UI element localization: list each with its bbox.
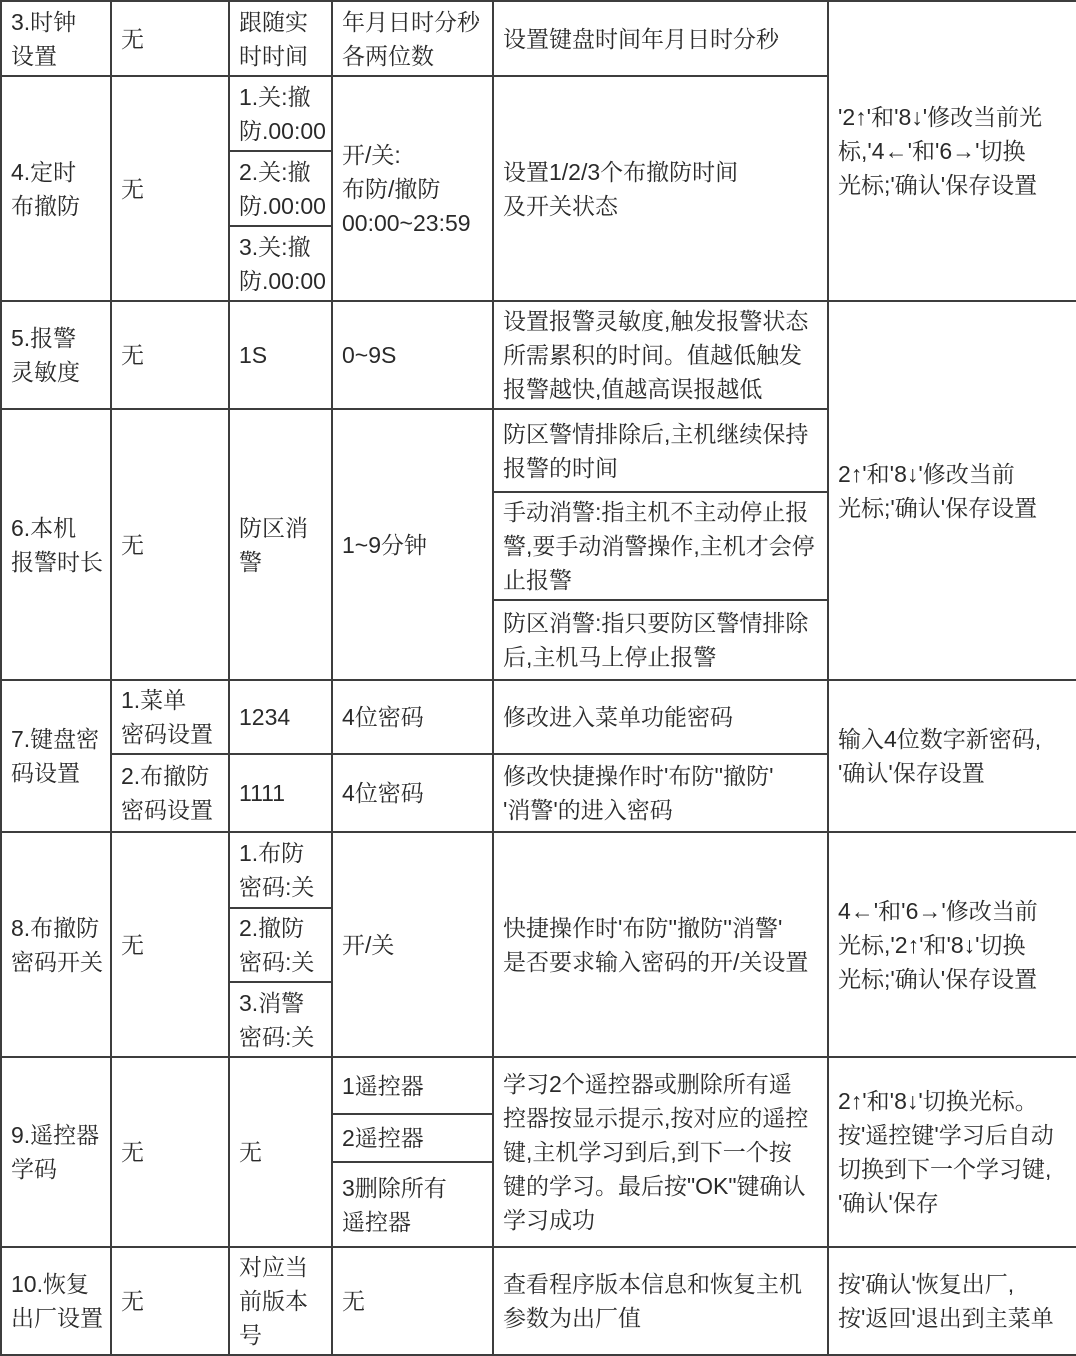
cell-pwd-switch-range: 开/关	[332, 832, 493, 1057]
cell-duration-name: 6.本机 报警时长	[1, 409, 111, 680]
cell-kbd-password-name: 7.键盘密 码设置	[1, 680, 111, 832]
cell-factory-default: 对应当 前版本号	[229, 1247, 332, 1355]
cell-sensitivity-description: 设置报警灵敏度,触发报警状态 所需累积的时间。值越低触发 报警越快,值越高误报越…	[493, 301, 828, 409]
cell-pwd-switch-default-3: 3.消警 密码:关	[229, 982, 332, 1057]
cell-remote-keys: 2↑'和'8↓'切换光标。 按'遥控键'学习后自动 切换到下一个学习键, '确认…	[828, 1057, 1076, 1247]
cell-pwd-switch-submenu: 无	[111, 832, 229, 1057]
cell-kbd-password-submenu-2: 2.布撤防 密码设置	[111, 754, 229, 832]
cell-duration-default: 防区消警	[229, 409, 332, 680]
table-row: 10.恢复 出厂设置 无 对应当 前版本号 无 查看程序版本信息和恢复主机 参数…	[1, 1247, 1076, 1355]
cell-kbd-password-keys: 输入4位数字新密码, '确认'保存设置	[828, 680, 1076, 832]
cell-sensitivity-name: 5.报警 灵敏度	[1, 301, 111, 409]
cell-remote-default: 无	[229, 1057, 332, 1247]
cell-pwd-switch-default-2: 2.撤防 密码:关	[229, 908, 332, 982]
cell-kbd-password-default-1: 1234	[229, 680, 332, 754]
cell-factory-name: 10.恢复 出厂设置	[1, 1247, 111, 1355]
cell-kbd-password-range-2: 4位密码	[332, 754, 493, 832]
cell-remote-submenu: 无	[111, 1057, 229, 1247]
cell-kbd-password-description-1: 修改进入菜单功能密码	[493, 680, 828, 754]
cell-kbd-password-default-2: 1111	[229, 754, 332, 832]
cell-factory-description: 查看程序版本信息和恢复主机 参数为出厂值	[493, 1247, 828, 1355]
cell-clock-name: 3.时钟 设置	[1, 1, 111, 76]
table-row: 5.报警 灵敏度 无 1S 0~9S 设置报警灵敏度,触发报警状态 所需累积的时…	[1, 301, 1076, 409]
cell-duration-description-2: 手动消警:指主机不主动停止报 警,要手动消警操作,主机才会停 止报警	[493, 492, 828, 600]
cell-timer-range: 开/关: 布防/撤防 00:00~23:59	[332, 76, 493, 301]
cell-sensitivity-default: 1S	[229, 301, 332, 409]
settings-manual-page: 3.时钟 设置 无 跟随实 时时间 年月日时分秒 各两位数 设置键盘时间年月日时…	[0, 0, 1076, 1356]
cell-kbd-password-range-1: 4位密码	[332, 680, 493, 754]
cell-sensitivity-range: 0~9S	[332, 301, 493, 409]
table-row: 8.布撤防 密码开关 无 1.布防 密码:关 开/关 快捷操作时'布防''撤防'…	[1, 832, 1076, 908]
cell-factory-submenu: 无	[111, 1247, 229, 1355]
cell-clock-timer-keys: '2↑'和'8↓'修改当前光 标,'4←'和'6→'切换 光标;'确认'保存设置	[828, 1, 1076, 301]
cell-clock-range: 年月日时分秒 各两位数	[332, 1, 493, 76]
cell-remote-description: 学习2个遥控器或删除所有遥 控器按显示提示,按对应的遥控 键,主机学习到后,到下…	[493, 1057, 828, 1247]
table-row: 9.遥控器 学码 无 无 1遥控器 学习2个遥控器或删除所有遥 控器按显示提示,…	[1, 1057, 1076, 1114]
cell-duration-description-1: 防区警情排除后,主机继续保持 报警的时间	[493, 409, 828, 492]
cell-timer-description: 设置1/2/3个布撤防时间 及开关状态	[493, 76, 828, 301]
keyboard-settings-table: 3.时钟 设置 无 跟随实 时时间 年月日时分秒 各两位数 设置键盘时间年月日时…	[0, 0, 1076, 1356]
cell-clock-description: 设置键盘时间年月日时分秒	[493, 1, 828, 76]
cell-timer-default-3: 3.关:撤 防.00:00	[229, 226, 332, 301]
cell-factory-range: 无	[332, 1247, 493, 1355]
cell-pwd-switch-keys: 4←'和'6→'修改当前 光标,'2↑'和'8↓'切换 光标;'确认'保存设置	[828, 832, 1076, 1057]
cell-duration-range: 1~9分钟	[332, 409, 493, 680]
cell-clock-submenu: 无	[111, 1, 229, 76]
cell-duration-submenu: 无	[111, 409, 229, 680]
table-row: 7.键盘密 码设置 1.菜单 密码设置 1234 4位密码 修改进入菜单功能密码…	[1, 680, 1076, 754]
cell-timer-submenu: 无	[111, 76, 229, 301]
cell-pwd-switch-name: 8.布撤防 密码开关	[1, 832, 111, 1057]
cell-timer-default-2: 2.关:撤 防.00:00	[229, 151, 332, 226]
cell-sensitivity-duration-keys: 2↑'和'8↓'修改当前 光标;'确认'保存设置	[828, 301, 1076, 680]
cell-remote-range-3: 3删除所有 遥控器	[332, 1162, 493, 1247]
cell-factory-keys: 按'确认'恢复出厂, 按'返回'退出到主菜单	[828, 1247, 1076, 1355]
cell-kbd-password-submenu-1: 1.菜单 密码设置	[111, 680, 229, 754]
cell-remote-name: 9.遥控器 学码	[1, 1057, 111, 1247]
cell-kbd-password-description-2: 修改快捷操作时'布防''撤防' '消警'的进入密码	[493, 754, 828, 832]
cell-remote-range-2: 2遥控器	[332, 1114, 493, 1162]
cell-sensitivity-submenu: 无	[111, 301, 229, 409]
cell-timer-default-1: 1.关:撤 防.00:00	[229, 76, 332, 151]
cell-remote-range-1: 1遥控器	[332, 1057, 493, 1114]
cell-clock-default: 跟随实 时时间	[229, 1, 332, 76]
cell-duration-description-3: 防区消警:指只要防区警情排除 后,主机马上停止报警	[493, 600, 828, 680]
cell-pwd-switch-default-1: 1.布防 密码:关	[229, 832, 332, 908]
cell-pwd-switch-description: 快捷操作时'布防''撤防''消警' 是否要求输入密码的开/关设置	[493, 832, 828, 1057]
cell-timer-name: 4.定时 布撤防	[1, 76, 111, 301]
table-row: 3.时钟 设置 无 跟随实 时时间 年月日时分秒 各两位数 设置键盘时间年月日时…	[1, 1, 1076, 76]
